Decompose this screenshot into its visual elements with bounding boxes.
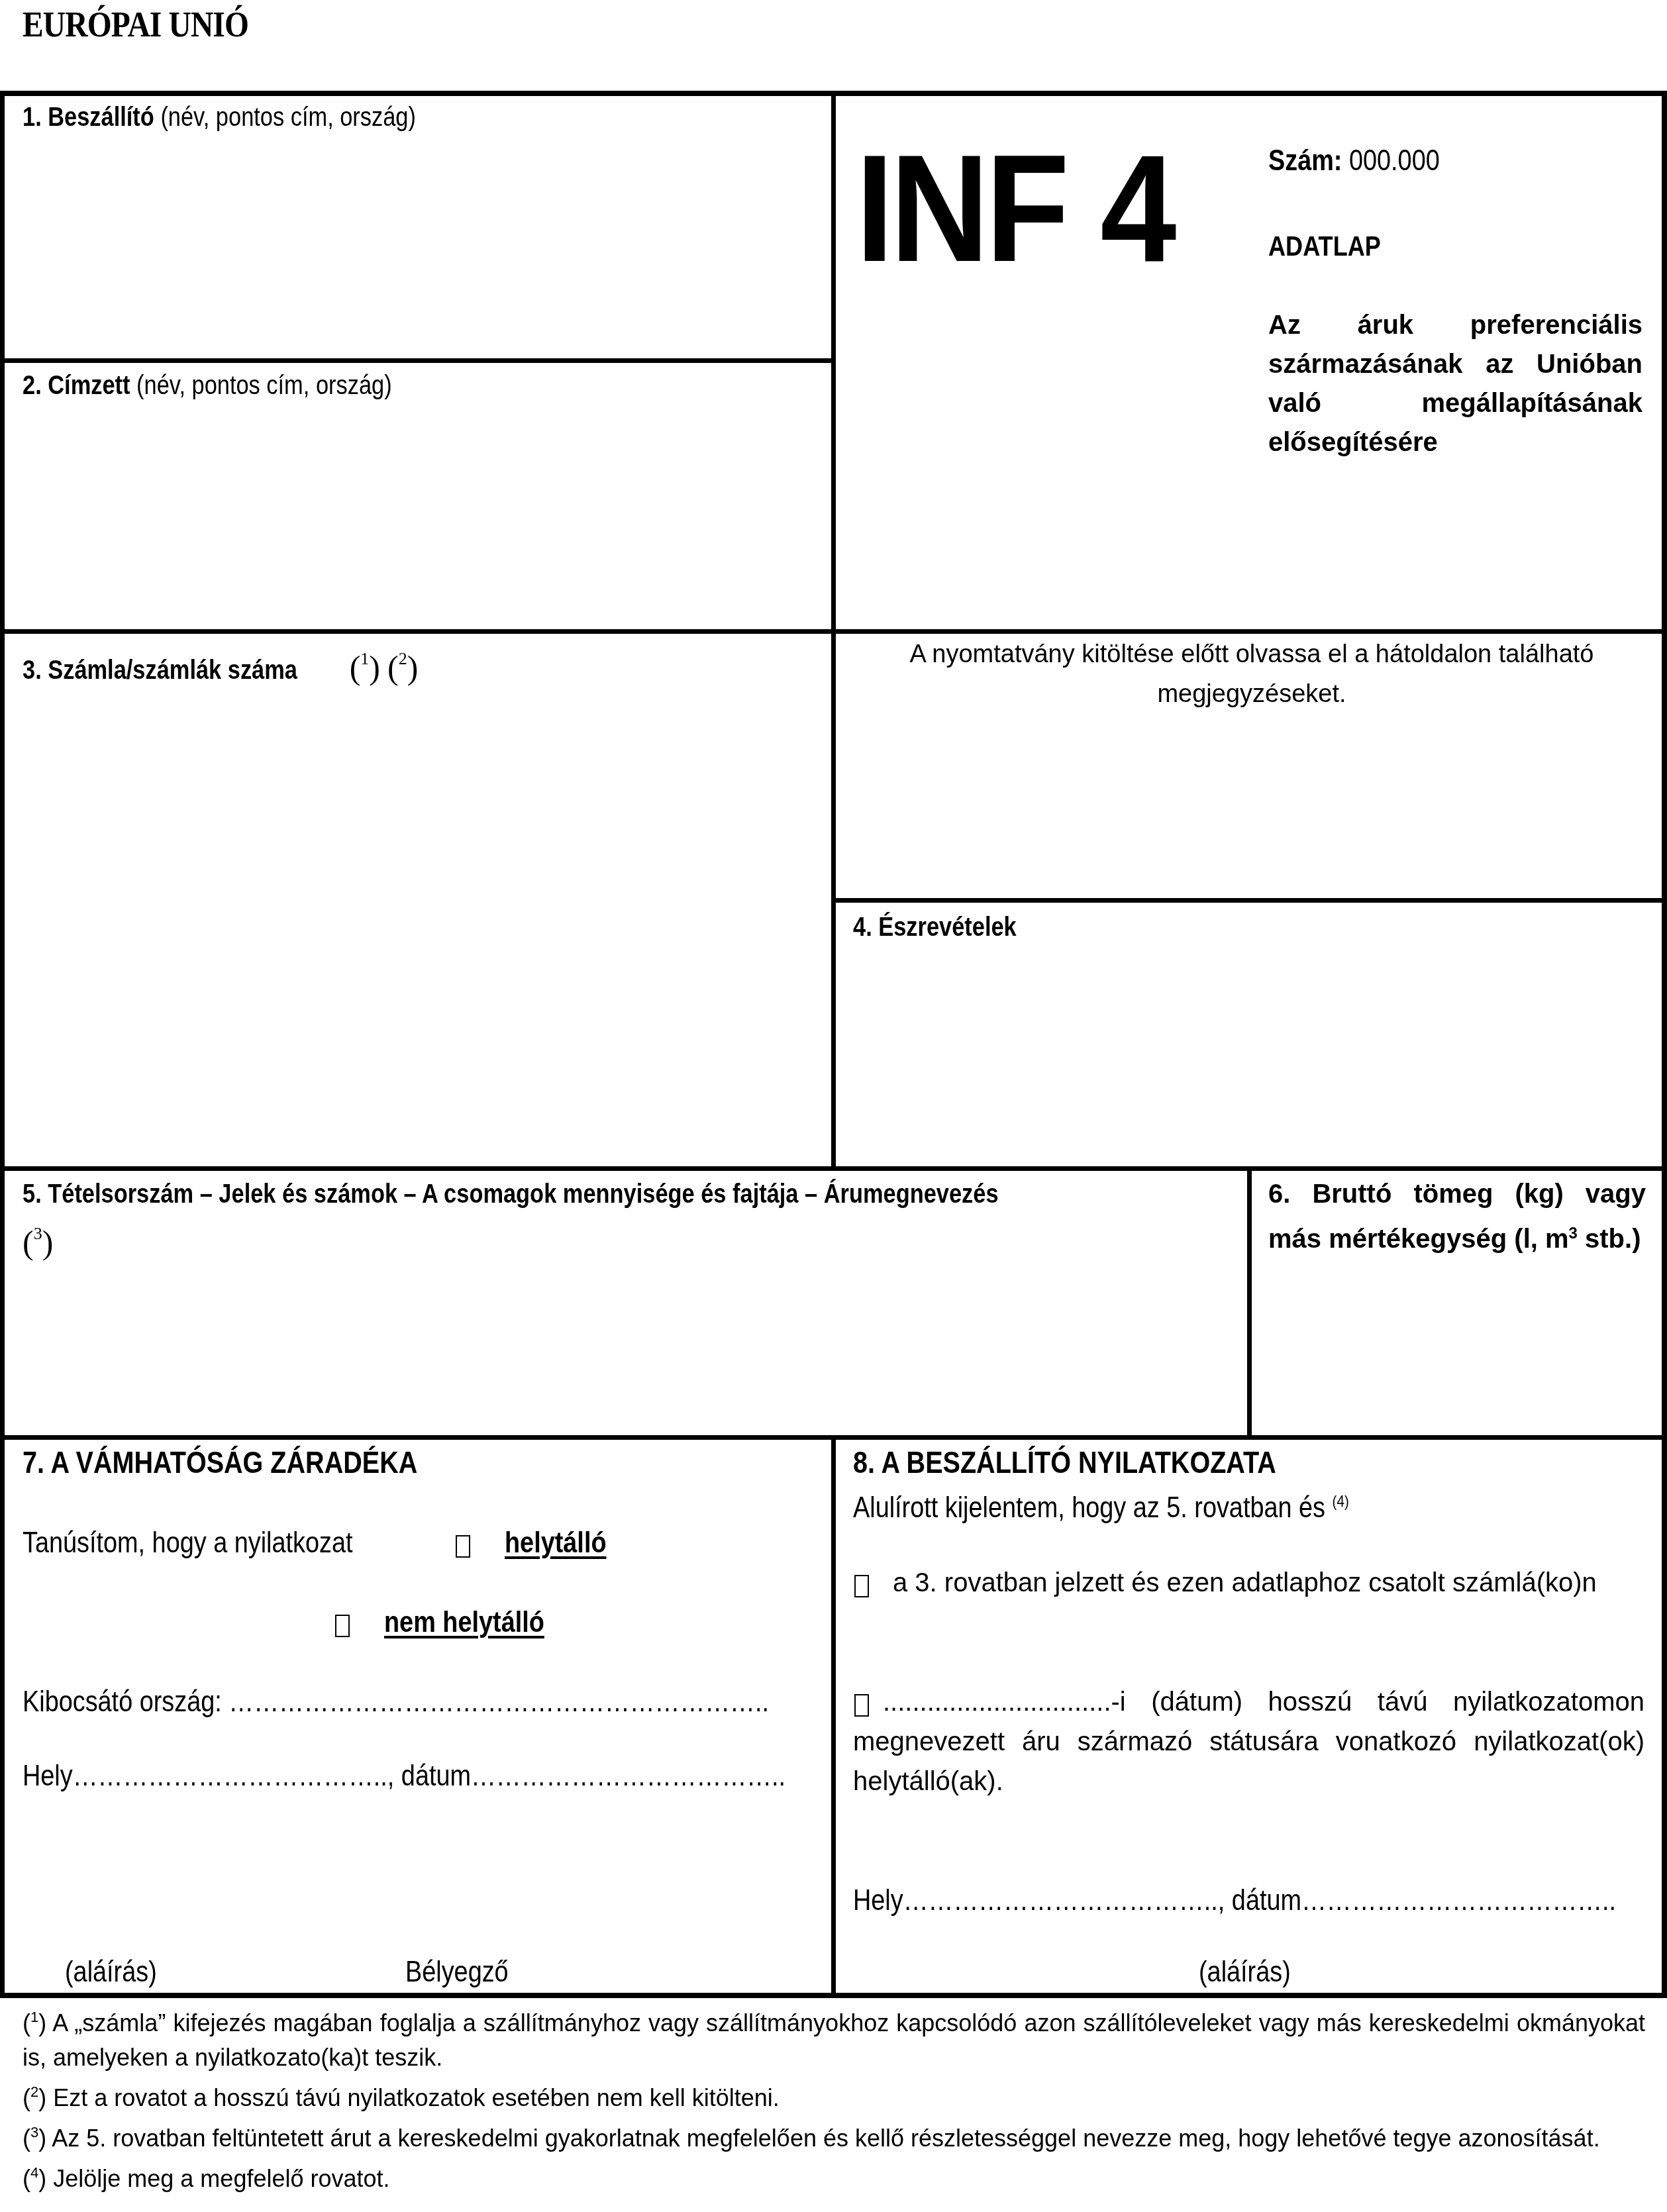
footnote-3: (3) Az 5. rovatban feltüntetett árut a k…: [23, 2115, 1645, 2156]
box8-intro: Alulírott kijelentem, hogy az 5. rovatba…: [853, 1482, 1349, 1528]
box8-title: 8. A BESZÁLLÍTÓ NYILATKOZATA: [853, 1442, 1276, 1482]
footnote-4: (4) Jelölje meg a megfelelő rovatot.: [23, 2156, 1645, 2196]
box7-place-date-field[interactable]: Hely……………………………….., dátum………………………………..: [23, 1756, 785, 1796]
form-number-value: 000.000: [1349, 144, 1440, 177]
divider-notice-box4: [831, 898, 1667, 903]
box1-label-bold: 1. Beszállító: [23, 103, 154, 132]
frame-right-border: [1662, 91, 1667, 1998]
box8-signature-label: (aláírás): [1199, 1952, 1291, 1992]
divider-row-6-7: [0, 1435, 1667, 1440]
box8-intro-ref: (4): [1333, 1493, 1349, 1511]
box1-label: 1. Beszállító (név, pontos cím, ország): [23, 97, 416, 137]
divider-row-2-3: [0, 629, 1667, 634]
form-notice: A nyomtatvány kitöltése előtt olvassa el…: [881, 634, 1623, 714]
box5-footnote-ref-3: (3): [23, 1224, 53, 1261]
box3-input-area[interactable]: [7, 689, 828, 1162]
box6-input-area[interactable]: [1255, 1298, 1659, 1431]
box1-label-rest: (név, pontos cím, ország): [154, 103, 416, 132]
footnote-1: (1) A „számla” kifejezés magában foglalj…: [23, 2000, 1645, 2075]
box7-issuing-country-field[interactable]: Kibocsátó ország: ……………………………………………………….…: [23, 1682, 769, 1722]
box3-label: 3. Számla/számlák száma (1) (2): [23, 639, 418, 690]
box3-footnote-ref-2: (2): [387, 649, 418, 686]
box8-place-date-field[interactable]: Hely……………………………….., dátum………………………………..: [853, 1881, 1616, 1921]
box7-title: 7. A VÁMHATÓSÁG ZÁRADÉKA: [23, 1442, 417, 1482]
form-number: Szám: 000.000: [1268, 141, 1440, 181]
box5-label: 5. Tételsorszám – Jelek és számok – A cs…: [23, 1174, 1241, 1265]
form-purpose: Az áruk preferenciális származásának az …: [1268, 306, 1642, 462]
form-number-label: Szám:: [1268, 144, 1342, 177]
divider-box1-box2: [0, 358, 834, 363]
box8-option1-text: a 3. rovatban jelzett és ezen adatlaphoz…: [853, 1563, 1644, 1603]
box7-option-invalid-label: nem helytálló: [384, 1603, 544, 1642]
box2-label-rest: (név, pontos cím, ország): [130, 371, 391, 400]
document-header-title: EURÓPAI UNIÓ: [23, 4, 248, 45]
box3-footnote-ref-1: (1): [350, 649, 380, 686]
box5-input-area[interactable]: [7, 1258, 1244, 1432]
frame-left-border: [0, 91, 5, 1998]
box4-input-area[interactable]: [838, 954, 1659, 1162]
box7-certify-text: Tanúsítom, hogy a nyilatkozat: [23, 1523, 353, 1563]
box7-signature-label: (aláírás): [65, 1952, 157, 1992]
box2-input-area[interactable]: [7, 411, 828, 626]
divider-box5-box6: [1247, 1166, 1252, 1438]
box3-label-bold: 3. Számla/számlák száma: [23, 650, 297, 690]
footnotes: (1) A „számla” kifejezés magában foglalj…: [23, 2000, 1645, 2196]
box6-label-tail: stb.): [1578, 1225, 1641, 1254]
footnote-2: (2) Ezt a rovatot a hosszú távú nyilatko…: [23, 2075, 1645, 2115]
box7-valid-checkbox[interactable]: [456, 1535, 470, 1558]
box6-label: 6. Bruttó tömeg (kg) vagy más mértékegys…: [1268, 1174, 1646, 1259]
box5-label-bold: 5. Tételsorszám – Jelek és számok – A cs…: [23, 1174, 999, 1214]
box6-label-sup: 3: [1569, 1225, 1578, 1242]
form-doc-type: ADATLAP: [1268, 226, 1381, 266]
divider-row-4-5: [0, 1166, 1667, 1171]
box1-input-area[interactable]: [7, 142, 828, 354]
form-code: INF 4: [856, 132, 1173, 285]
box7-stamp-label: Bélyegző: [405, 1952, 509, 1992]
box8-option2-text: ...............................-i (dátum…: [853, 1682, 1644, 1801]
box2-label: 2. Címzett (név, pontos cím, ország): [23, 366, 392, 405]
box7-invalid-checkbox[interactable]: [335, 1615, 350, 1637]
box2-label-bold: 2. Címzett: [23, 371, 130, 400]
divider-vertical-7-8: [831, 1435, 836, 1995]
box4-label: 4. Észrevételek: [853, 907, 1017, 947]
box8-intro-text: Alulírott kijelentem, hogy az 5. rovatba…: [853, 1491, 1325, 1524]
box7-option-valid-label: helytálló: [505, 1523, 607, 1563]
